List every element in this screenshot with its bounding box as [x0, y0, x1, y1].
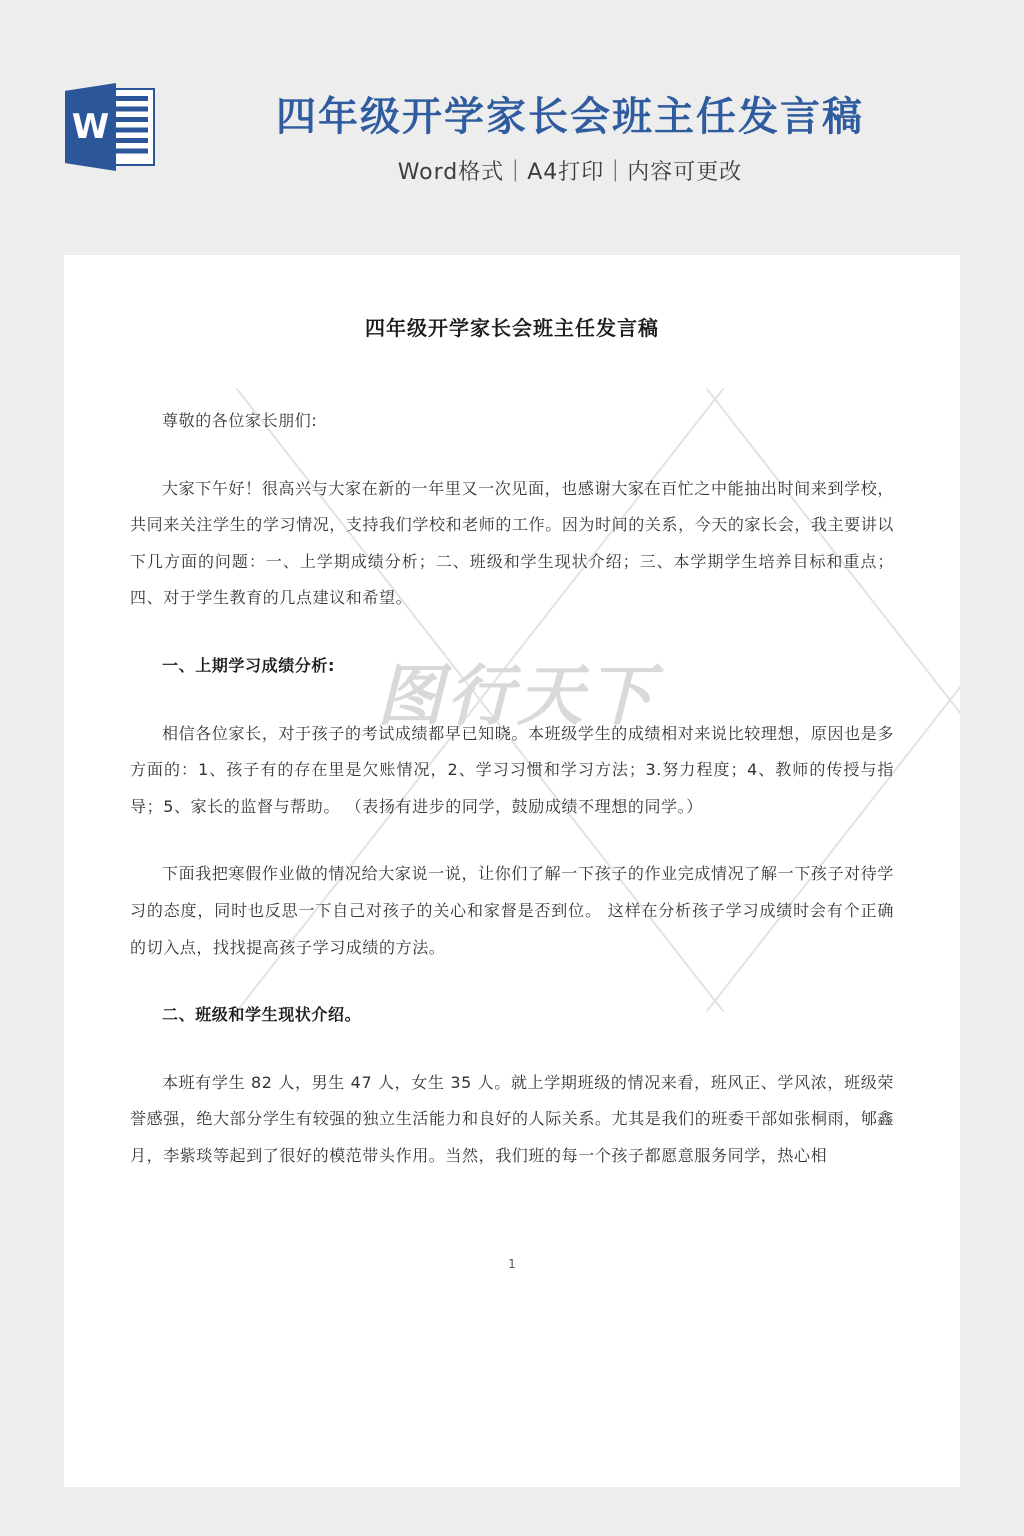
- document-body: 尊敬的各位家长朋们:大家下午好！很高兴与大家在新的一年里又一次见面，也感谢大家在…: [130, 403, 894, 1175]
- header-text-block: 四年级开学家长会班主任发言稿 Word格式｜A4打印｜内容可更改: [276, 95, 864, 186]
- paragraph: 相信各位家长，对于孩子的考试成绩都早已知晓。本班级学生的成绩相对来说比较理想，原…: [130, 716, 894, 826]
- page-content: 四年级开学家长会班主任发言稿 尊敬的各位家长朋们:大家下午好！很高兴与大家在新的…: [130, 313, 894, 1271]
- paragraph: 本班有学生 82 人，男生 47 人，女生 35 人。就上学期班级的情况来看，班…: [130, 1065, 894, 1175]
- word-logo-letter: W: [72, 110, 110, 144]
- document-page: 图行天下 四年级开学家长会班主任发言稿 尊敬的各位家长朋们:大家下午好！很高兴与…: [64, 255, 960, 1487]
- word-logo-cover: W: [65, 83, 116, 171]
- paragraph: 尊敬的各位家长朋们:: [130, 403, 894, 440]
- word-logo-icon: W: [65, 83, 157, 171]
- paragraph: 下面我把寒假作业做的情况给大家说一说，让你们了解一下孩子的作业完成情况了解一下孩…: [130, 856, 894, 966]
- document-title: 四年级开学家长会班主任发言稿: [130, 313, 894, 343]
- page-number: 1: [130, 1257, 894, 1271]
- template-header: W 四年级开学家长会班主任发言稿 Word格式｜A4打印｜内容可更改: [0, 0, 1024, 255]
- template-title: 四年级开学家长会班主任发言稿: [276, 95, 864, 139]
- section-heading: 一、上期学习成绩分析:: [130, 648, 894, 685]
- section-heading: 二、班级和学生现状介绍。: [130, 997, 894, 1034]
- paragraph: 大家下午好！很高兴与大家在新的一年里又一次见面，也感谢大家在百忙之中能抽出时间来…: [130, 471, 894, 617]
- template-subtitle: Word格式｜A4打印｜内容可更改: [276, 155, 864, 186]
